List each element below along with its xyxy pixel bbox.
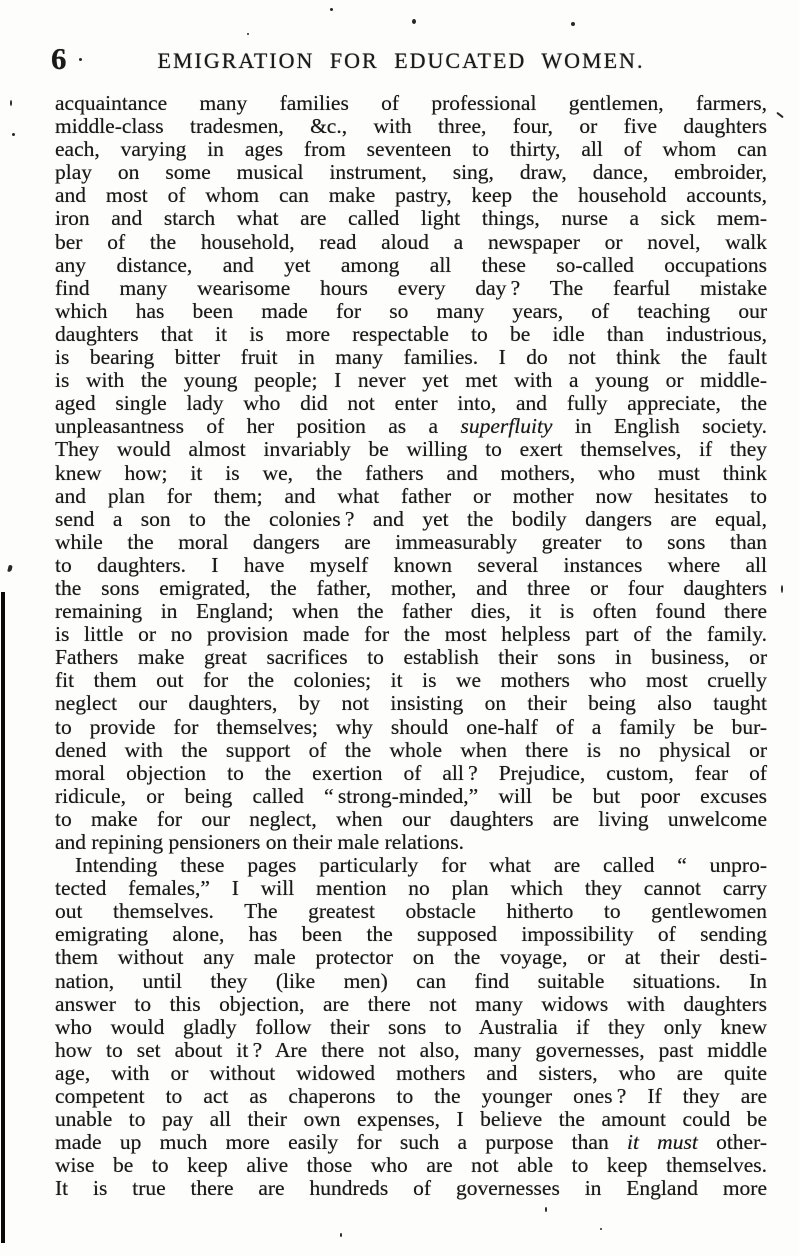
text-line: moral objection to the exertion of all ?… (55, 762, 767, 785)
text-segment: Fathers make great sacrifices to establi… (55, 645, 767, 669)
text-segment: unpleasantness of her position as a (55, 414, 461, 438)
text-segment: and plan for them; and what father or mo… (55, 484, 767, 508)
scan-speck (7, 565, 13, 573)
text-line: tected females,” I will mention no plan … (55, 877, 767, 900)
scan-speck (340, 1233, 342, 1237)
text-line: competent to act as chaperons to the you… (55, 1085, 767, 1108)
text-segment: which has been made for so many years, o… (55, 299, 767, 323)
text-segment: play on some musical instrument, sing, d… (55, 160, 767, 184)
text-line: They would almost invariably be willing … (55, 438, 767, 461)
text-segment: It is true there are hundreds of governe… (55, 1176, 767, 1200)
text-line: aged single lady who did not enter into,… (55, 392, 767, 415)
text-segment: is little or no provision made for the m… (55, 622, 767, 646)
text-segment: and repining pensioners on their male re… (55, 830, 464, 854)
text-segment: to provide for themselves; why should on… (55, 715, 767, 739)
text-line: to provide for themselves; why should on… (55, 716, 767, 739)
text-segment: Intending these pages particularly for w… (75, 853, 767, 877)
scan-speck (600, 1228, 602, 1230)
text-line: them without any male protector on the v… (55, 946, 767, 969)
text-segment: nation, until they (like men) can find s… (55, 969, 767, 993)
text-segment: iron and starch what are called light th… (55, 206, 767, 230)
text-segment: each, varying in ages from seventeen to … (55, 137, 767, 161)
text-line: ber of the household, read aloud a newsp… (55, 231, 767, 254)
text-segment: tected females,” I will mention no plan … (55, 876, 767, 900)
text-segment: emigrating alone, has been the supposed … (55, 922, 767, 946)
text-line: to make for our neglect, when our daught… (55, 808, 767, 831)
text-segment: daughters that it is more respectable to… (55, 322, 767, 346)
text-segment: answer to this objection, are there not … (55, 992, 767, 1016)
text-line: knew how; it is we, the fathers and moth… (55, 462, 767, 485)
text-segment: fit them out for the colonies; it is we … (55, 668, 767, 692)
text-segment: any distance, and yet among all these so… (55, 253, 767, 277)
scan-speck (247, 33, 249, 35)
text-line: and plan for them; and what father or mo… (55, 485, 767, 508)
running-title: EMIGRATION FOR EDUCATED WOMEN. (48, 48, 754, 74)
text-segment: how to set about it ? Are there not also… (55, 1038, 767, 1062)
text-line: fit them out for the colonies; it is we … (55, 669, 767, 692)
text-segment: unable to pay all their own expenses, I … (55, 1107, 767, 1131)
text-segment: them without any male protector on the v… (55, 945, 767, 969)
text-segment: to make for our neglect, when our daught… (55, 807, 767, 831)
scan-speck (776, 112, 784, 119)
text-segment: send a son to the colonies ? and yet the… (55, 507, 767, 531)
text-segment: is bearing bitter fruit in many families… (55, 345, 767, 369)
text-segment: made up much more easily for such a purp… (55, 1130, 627, 1154)
text-line: made up much more easily for such a purp… (55, 1131, 767, 1154)
scan-speck (12, 133, 15, 136)
text-line: wise be to keep alive those who are not … (55, 1154, 767, 1177)
text-line: age, with or without widowed mothers and… (55, 1062, 767, 1085)
text-line: daughters that it is more respectable to… (55, 323, 767, 346)
text-segment: knew how; it is we, the fathers and moth… (55, 461, 767, 485)
scan-speck (330, 8, 333, 11)
text-line: each, varying in ages from seventeen to … (55, 138, 767, 161)
text-line: acquaintance many families of profession… (55, 92, 767, 115)
text-segment: They would almost invariably be willing … (55, 437, 767, 461)
book-page: 6 EMIGRATION FOR EDUCATED WOMEN. acquain… (0, 0, 799, 1256)
text-line: iron and starch what are called light th… (55, 207, 767, 230)
text-segment: remaining in England; when the father di… (55, 599, 767, 623)
emphasized-text: superfluity (461, 414, 553, 438)
text-line: ridicule, or being called “ strong-minde… (55, 785, 767, 808)
text-segment: in English society. (552, 414, 767, 438)
scan-speck (79, 58, 82, 61)
scan-speck (545, 1207, 547, 1212)
text-line: any distance, and yet among all these so… (55, 254, 767, 277)
text-segment: ridicule, or being called “ strong-minde… (55, 784, 767, 808)
text-segment: acquaintance many families of profession… (55, 91, 767, 115)
text-line: nation, until they (like men) can find s… (55, 970, 767, 993)
scan-speck (412, 19, 416, 24)
text-line: dened with the support of the whole when… (55, 739, 767, 762)
text-segment: who would gladly follow their sons to Au… (55, 1015, 767, 1039)
text-segment: is with the young people; I never yet me… (55, 368, 767, 392)
text-line: find many wearisome hours every day ? Th… (55, 277, 767, 300)
emphasized-text: it must (627, 1130, 698, 1154)
text-line: to daughters. I have myself known severa… (55, 554, 767, 577)
scan-speck (571, 22, 575, 26)
text-line: It is true there are hundreds of governe… (55, 1177, 767, 1200)
text-line: neglect our daughters, by not insisting … (55, 692, 767, 715)
scan-speck (781, 585, 783, 593)
text-line: unable to pay all their own expenses, I … (55, 1108, 767, 1131)
text-line: which has been made for so many years, o… (55, 300, 767, 323)
text-segment: competent to act as chaperons to the you… (55, 1084, 767, 1108)
text-line: how to set about it ? Are there not also… (55, 1039, 767, 1062)
text-line: Fathers make great sacrifices to establi… (55, 646, 767, 669)
text-line: who would gladly follow their sons to Au… (55, 1016, 767, 1039)
text-line: answer to this objection, are there not … (55, 993, 767, 1016)
text-segment: find many wearisome hours every day ? Th… (55, 276, 767, 300)
text-segment: middle-class tradesmen, &c., with three,… (55, 114, 767, 138)
text-line: is bearing bitter fruit in many families… (55, 346, 767, 369)
scan-speck (10, 100, 12, 106)
text-line: unpleasantness of her position as a supe… (55, 415, 767, 438)
text-segment: wise be to keep alive those who are not … (55, 1153, 767, 1177)
text-segment: moral objection to the exertion of all ?… (55, 761, 767, 785)
text-line: and repining pensioners on their male re… (55, 831, 767, 854)
text-line: is little or no provision made for the m… (55, 623, 767, 646)
text-line: remaining in England; when the father di… (55, 600, 767, 623)
text-segment: and most of whom can make pastry, keep t… (55, 183, 767, 207)
text-segment: other- (698, 1130, 767, 1154)
text-segment: the sons emigrated, the father, mother, … (55, 576, 767, 600)
text-segment: aged single lady who did not enter into,… (55, 391, 767, 415)
text-line: emigrating alone, has been the supposed … (55, 923, 767, 946)
body-text: acquaintance many families of profession… (55, 92, 767, 1201)
text-segment: ber of the household, read aloud a newsp… (55, 230, 767, 254)
text-line: send a son to the colonies ? and yet the… (55, 508, 767, 531)
text-line: while the moral dangers are immeasurably… (55, 531, 767, 554)
text-line: the sons emigrated, the father, mother, … (55, 577, 767, 600)
text-line: and most of whom can make pastry, keep t… (55, 184, 767, 207)
text-segment: dened with the support of the whole when… (55, 738, 767, 762)
text-line: is with the young people; I never yet me… (55, 369, 767, 392)
text-line: play on some musical instrument, sing, d… (55, 161, 767, 184)
text-segment: neglect our daughters, by not insisting … (55, 691, 767, 715)
text-line: out themselves. The greatest obstacle hi… (55, 900, 767, 923)
text-segment: age, with or without widowed mothers and… (55, 1061, 767, 1085)
scan-edge-line (1, 592, 5, 1243)
text-segment: to daughters. I have myself known severa… (55, 553, 767, 577)
text-line: Intending these pages particularly for w… (55, 854, 767, 877)
text-segment: out themselves. The greatest obstacle hi… (55, 899, 767, 923)
text-line: middle-class tradesmen, &c., with three,… (55, 115, 767, 138)
text-segment: while the moral dangers are immeasurably… (55, 530, 767, 554)
